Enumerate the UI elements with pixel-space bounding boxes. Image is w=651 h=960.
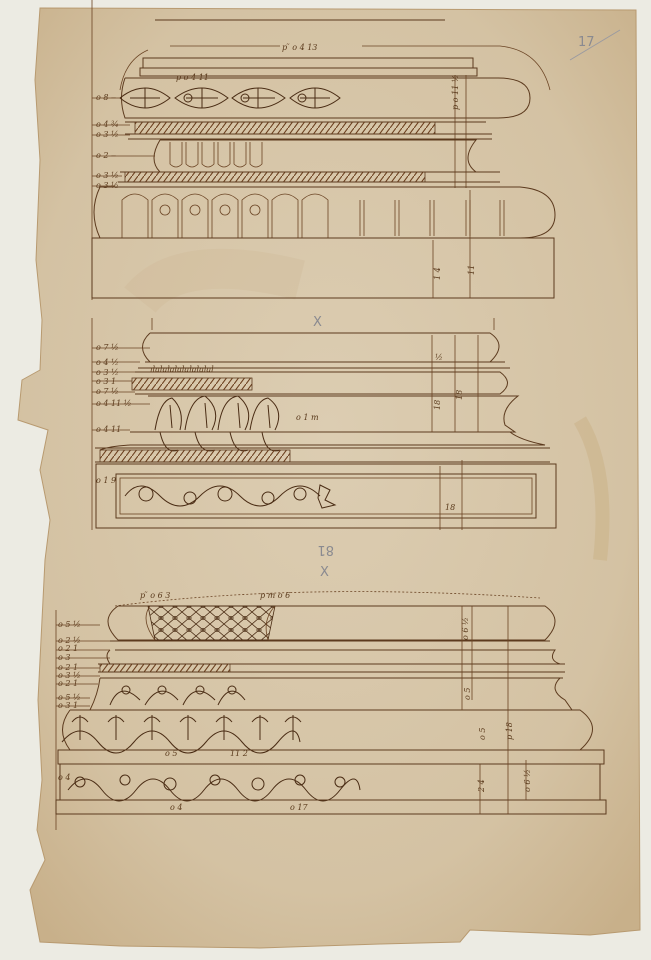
- svg-text:o 3 1: o 3 1: [96, 377, 116, 386]
- svg-text:o 17: o 17: [290, 803, 308, 812]
- svg-text:18: 18: [445, 503, 455, 512]
- svg-text:o 2 ‒: o 2 ‒: [96, 151, 116, 160]
- svg-text:o 3 1: o 3 1: [58, 701, 78, 710]
- svg-text:o 5 ½: o 5 ½: [58, 620, 81, 629]
- svg-text:o 7 ½: o 7 ½: [96, 387, 119, 396]
- svg-text:81: 81: [317, 542, 334, 557]
- svg-text:p o 11 ½: p o 11 ½: [451, 75, 460, 111]
- svg-text:1 4: 1 4: [433, 267, 442, 280]
- svg-text:18: 18: [455, 390, 464, 400]
- svg-text:p 18: p 18: [505, 722, 514, 740]
- svg-text:o 8 ‒: o 8 ‒: [96, 93, 116, 102]
- svg-text:o 5: o 5: [478, 728, 487, 740]
- svg-text:o 6 ½: o 6 ½: [461, 617, 470, 640]
- svg-text:o 2 1: o 2 1: [58, 679, 78, 688]
- svg-text:o 3 ½: o 3 ½: [96, 368, 119, 377]
- svg-text:o 3 ½: o 3 ½: [96, 130, 119, 139]
- svg-text:o 4 11: o 4 11: [96, 425, 121, 434]
- svg-text:o 4: o 4: [170, 803, 182, 812]
- svg-text:o 1 9: o 1 9: [96, 476, 116, 485]
- svg-text:o 4 11 ½: o 4 11 ½: [96, 399, 131, 408]
- svg-text:17: 17: [578, 35, 595, 50]
- drawing-sheet: 17 p ̃ o 4 13 p o 4 11 p o 11 ½: [0, 0, 651, 960]
- svg-text:o 7 ½: o 7 ½: [96, 343, 119, 352]
- svg-text:o 6 ½: o 6 ½: [523, 769, 532, 792]
- svg-text:½: ½: [435, 353, 443, 362]
- svg-text:o 5: o 5: [463, 688, 472, 700]
- svg-text:2 4: 2 4: [477, 779, 486, 793]
- svg-text:11: 11: [467, 265, 476, 275]
- svg-text:o 3 ½: o 3 ½: [96, 181, 119, 190]
- svg-text:p ̃ o 4 13: p ̃ o 4 13: [282, 43, 317, 52]
- svg-text:o 2 1: o 2 1: [58, 644, 78, 653]
- svg-text:o 3: o 3: [58, 653, 70, 662]
- svg-text:o 4 ¾: o 4 ¾: [96, 120, 119, 129]
- svg-text:ılalalalalalalalal: ılalalalalalalalal: [150, 365, 214, 374]
- svg-text:X: X: [313, 315, 322, 330]
- svg-text:18: 18: [433, 400, 442, 410]
- svg-text:o 4 ½: o 4 ½: [96, 358, 119, 367]
- svg-text:X: X: [320, 565, 329, 580]
- svg-text:p m o 6: p m o 6: [260, 591, 290, 600]
- svg-text:p ̃ o 6 3: p ̃ o 6 3: [140, 591, 170, 600]
- svg-text:o 1 m: o 1 m: [296, 413, 319, 422]
- svg-text:o 4: o 4: [58, 773, 70, 782]
- svg-text:o 3 ½: o 3 ½: [96, 171, 119, 180]
